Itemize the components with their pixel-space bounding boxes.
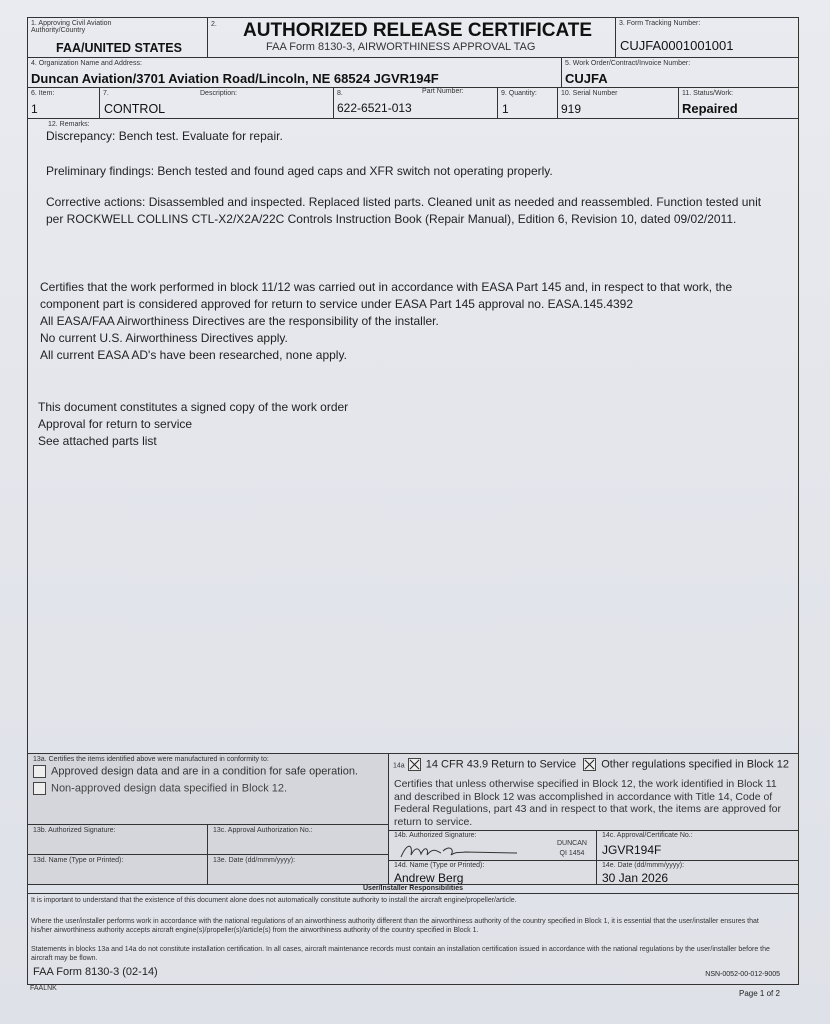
stamp-qi: QI 1454 [557, 849, 587, 859]
cfr-43-9-checkbox[interactable] [408, 758, 421, 771]
block-11: 11. Status/Work: Repaired [679, 88, 798, 119]
block-12-remarks: 12. Remarks: Discrepancy: Bench test. Ev… [28, 119, 798, 754]
block-13a-option-1: Approved design data and are in a condit… [33, 765, 358, 778]
block-13b: 13b. Authorized Signature: [28, 824, 208, 854]
approved-design-checkbox[interactable] [33, 765, 46, 778]
qi-stamp: DUNCAN QI 1454 [557, 839, 587, 859]
quantity: 1 [502, 102, 509, 116]
responsibility-1: It is important to understand that the e… [31, 896, 791, 905]
preliminary-findings: Preliminary findings: Bench tested and f… [46, 163, 553, 180]
corrective-actions: Corrective actions: Disassembled and ins… [46, 194, 776, 227]
easa-ad-note: All current EASA AD's have been research… [40, 347, 347, 364]
signature-icon [397, 839, 527, 861]
block-13a-label: 13a. Certifies the items identified abov… [33, 756, 269, 763]
block-2-label: 2. [211, 21, 217, 28]
block-5: 5. Work Order/Contract/Invoice Number: C… [562, 58, 798, 88]
block-13b-label: 13b. Authorized Signature: [33, 827, 116, 834]
responsibility-2: Where the user/installer performs work i… [31, 917, 771, 935]
ad-responsibility: All EASA/FAA Airworthiness Directives ar… [40, 313, 439, 330]
release-certificate-form: 1. Approving Civil Aviation Authority/Co… [27, 17, 799, 985]
block-3-label: 3. Form Tracking Number: [619, 20, 700, 27]
block-1: 1. Approving Civil Aviation Authority/Co… [28, 18, 208, 58]
stamp-org: DUNCAN [557, 839, 587, 849]
block-13a-option-2: Non-approved design data specified in Bl… [33, 782, 287, 795]
block-7: 7. Description: CONTROL [100, 88, 334, 119]
part-number: 622-6521-013 [337, 101, 412, 115]
approval-note: Approval for return to service [38, 416, 192, 433]
block-1-label: 1. Approving Civil Aviation Authority/Co… [31, 20, 141, 34]
block-14a-label: 14a [393, 762, 405, 769]
block-14c: 14c. Approval/Certificate No.: JGVR194F [597, 830, 798, 860]
block-14e: 14e. Date (dd/mmm/yyyy): 30 Jan 2026 [597, 860, 798, 884]
block-13d-label: 13d. Name (Type or Printed): [33, 857, 123, 864]
desc-number: 7. [103, 90, 109, 97]
form-tracking-number: CUJFA0001001001 [620, 38, 733, 53]
page-indicator: Page 1 of 2 [739, 989, 780, 998]
block-13d: 13d. Name (Type or Printed): [28, 854, 208, 884]
form-subtitle: FAA Form 8130-3, AIRWORTHINESS APPROVAL … [266, 41, 535, 53]
other-regulations-checkbox[interactable] [583, 758, 596, 771]
block-8: 8. Part Number: 622-6521-013 [334, 88, 498, 119]
block-9: 9. Quantity: 1 [498, 88, 558, 119]
desc-label: Description: [200, 90, 237, 97]
nsn-number: NSN-0052-00-012-9005 [705, 971, 780, 978]
block-14e-label: 14e. Date (dd/mmm/yyyy): [602, 862, 684, 869]
quantity-label: 9. Quantity: [501, 90, 537, 97]
block-4: 4. Organization Name and Address: Duncan… [28, 58, 562, 88]
block-14: 14a 14 CFR 43.9 Return to Service Other … [389, 754, 798, 884]
responsibility-3: Statements in blocks 13a and 14a do not … [31, 945, 771, 963]
status-label: 11. Status/Work: [682, 90, 733, 97]
block-3: 3. Form Tracking Number: CUJFA0001001001 [616, 18, 798, 58]
item-label: 6. Item: [31, 90, 54, 97]
block-13e: 13e. Date (dd/mmm/yyyy): [208, 854, 389, 884]
block-13c: 13c. Approval Authorization No.: [208, 824, 389, 854]
signature-date: 30 Jan 2026 [602, 871, 668, 885]
us-ad-note: No current U.S. Airworthiness Directives… [40, 330, 288, 347]
description: CONTROL [104, 102, 165, 116]
block-14d: 14d. Name (Type or Printed): Andrew Berg [389, 860, 597, 884]
remarks-label: 12. Remarks: [48, 121, 90, 128]
block-14c-label: 14c. Approval/Certificate No.: [602, 832, 693, 839]
parts-list-note: See attached parts list [38, 433, 157, 450]
block-4-label: 4. Organization Name and Address: [31, 60, 142, 67]
item-number: 1 [31, 102, 38, 116]
block-6: 6. Item: 1 [28, 88, 100, 119]
organization-address: Duncan Aviation/3701 Aviation Road/Linco… [31, 71, 439, 86]
non-approved-design-checkbox[interactable] [33, 782, 46, 795]
signed-copy-note: This document constitutes a signed copy … [38, 399, 348, 416]
serial-number: 919 [561, 102, 581, 116]
work-order-number: CUJFA [565, 71, 608, 86]
approved-design-text: Approved design data and are in a condit… [51, 765, 358, 777]
block-13e-label: 13e. Date (dd/mmm/yyyy): [213, 857, 295, 864]
signer-name: Andrew Berg [394, 871, 463, 885]
part-number-label: Part Number: [422, 88, 464, 95]
block-10: 10. Serial Number 919 [558, 88, 679, 119]
form-number: FAA Form 8130-3 (02-14) [33, 966, 158, 978]
non-approved-design-text: Non-approved design data specified in Bl… [51, 782, 287, 794]
form-title: AUTHORIZED RELEASE CERTIFICATE [243, 20, 592, 42]
other-regulations-text: Other regulations specified in Block 12 [601, 758, 789, 770]
responsibilities-heading: User/Installer Responsibilities [28, 884, 798, 894]
block-14b: 14b. Authorized Signature: DUNCAN QI 145… [389, 830, 597, 860]
user-installer-responsibilities: User/Installer Responsibilities It is im… [28, 884, 798, 984]
form-code: FAALNK [30, 985, 57, 992]
serial-label: 10. Serial Number [561, 90, 617, 97]
discrepancy: Discrepancy: Bench test. Evaluate for re… [46, 128, 283, 145]
block-5-label: 5. Work Order/Contract/Invoice Number: [565, 60, 690, 67]
block-14a-options: 14a 14 CFR 43.9 Return to Service Other … [393, 758, 789, 771]
cfr-43-9-text: 14 CFR 43.9 Return to Service [426, 758, 576, 770]
block-13: 13a. Certifies the items identified abov… [28, 754, 389, 884]
easa-certification: Certifies that the work performed in blo… [40, 279, 790, 312]
block-2: 2. AUTHORIZED RELEASE CERTIFICATE FAA Fo… [208, 18, 616, 58]
block-14d-label: 14d. Name (Type or Printed): [394, 862, 484, 869]
certificate-number: JGVR194F [602, 843, 661, 857]
approving-authority: FAA/UNITED STATES [56, 41, 182, 55]
block-13c-label: 13c. Approval Authorization No.: [213, 827, 313, 834]
block-14a-statement: Certifies that unless otherwise specifie… [394, 778, 794, 828]
status-work: Repaired [682, 101, 738, 116]
block-14b-label: 14b. Authorized Signature: [394, 832, 477, 839]
part-number-index: 8. [337, 90, 343, 97]
